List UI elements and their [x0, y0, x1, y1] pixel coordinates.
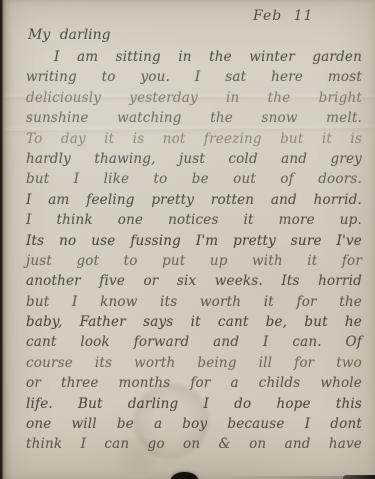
letter-line: or three months for a childs whole — [26, 373, 362, 393]
letter-salutation: My darling — [28, 27, 111, 43]
letter-line: life. But darling I do hope this — [26, 394, 362, 414]
letter-line: sunshine watching the snow melt. — [26, 108, 362, 128]
page-left-edge — [0, 0, 14, 479]
letter-line: baby, Father says it cant be, but he — [26, 312, 362, 332]
letter-line: but I like to be out of doors. — [26, 169, 362, 189]
letter-line: hardly thawing, just cold and grey — [26, 149, 362, 169]
letter-line: Its no use fussing I'm pretty sure I've — [26, 231, 362, 251]
letter-line: I am sitting in the winter garden — [26, 47, 362, 67]
letter-line: course its worth being ill for two — [26, 353, 362, 373]
letter-line: I think one notices it more up. — [26, 210, 362, 230]
letter-line: think I can go on & on and have — [26, 434, 362, 454]
letter-line: To day it is not freezing but it is — [26, 129, 362, 149]
letter-body: I am sitting in the winter gardenwriting… — [26, 47, 362, 455]
letter-line: writing to you. I sat here most — [26, 67, 362, 87]
letter-line: but I know its worth it for the — [26, 292, 362, 312]
letter-page: Feb 11 My darling I am sitting in the wi… — [0, 0, 375, 479]
letter-line: another five or six weeks. Its horrid — [26, 271, 362, 291]
letter-line: I am feeling pretty rotten and horrid. — [26, 190, 362, 210]
letter-date: Feb 11 — [253, 8, 313, 24]
letter-line: deliciously yesterday in the bright — [26, 88, 362, 108]
letter-line: one will be a boy because I dont — [26, 414, 362, 434]
letter-line: cant look forward and I can. Of — [26, 332, 362, 352]
bottom-ink-mark — [171, 472, 198, 479]
bottom-right-mark — [343, 475, 375, 479]
letter-line: just got to put up with it for — [26, 251, 362, 271]
